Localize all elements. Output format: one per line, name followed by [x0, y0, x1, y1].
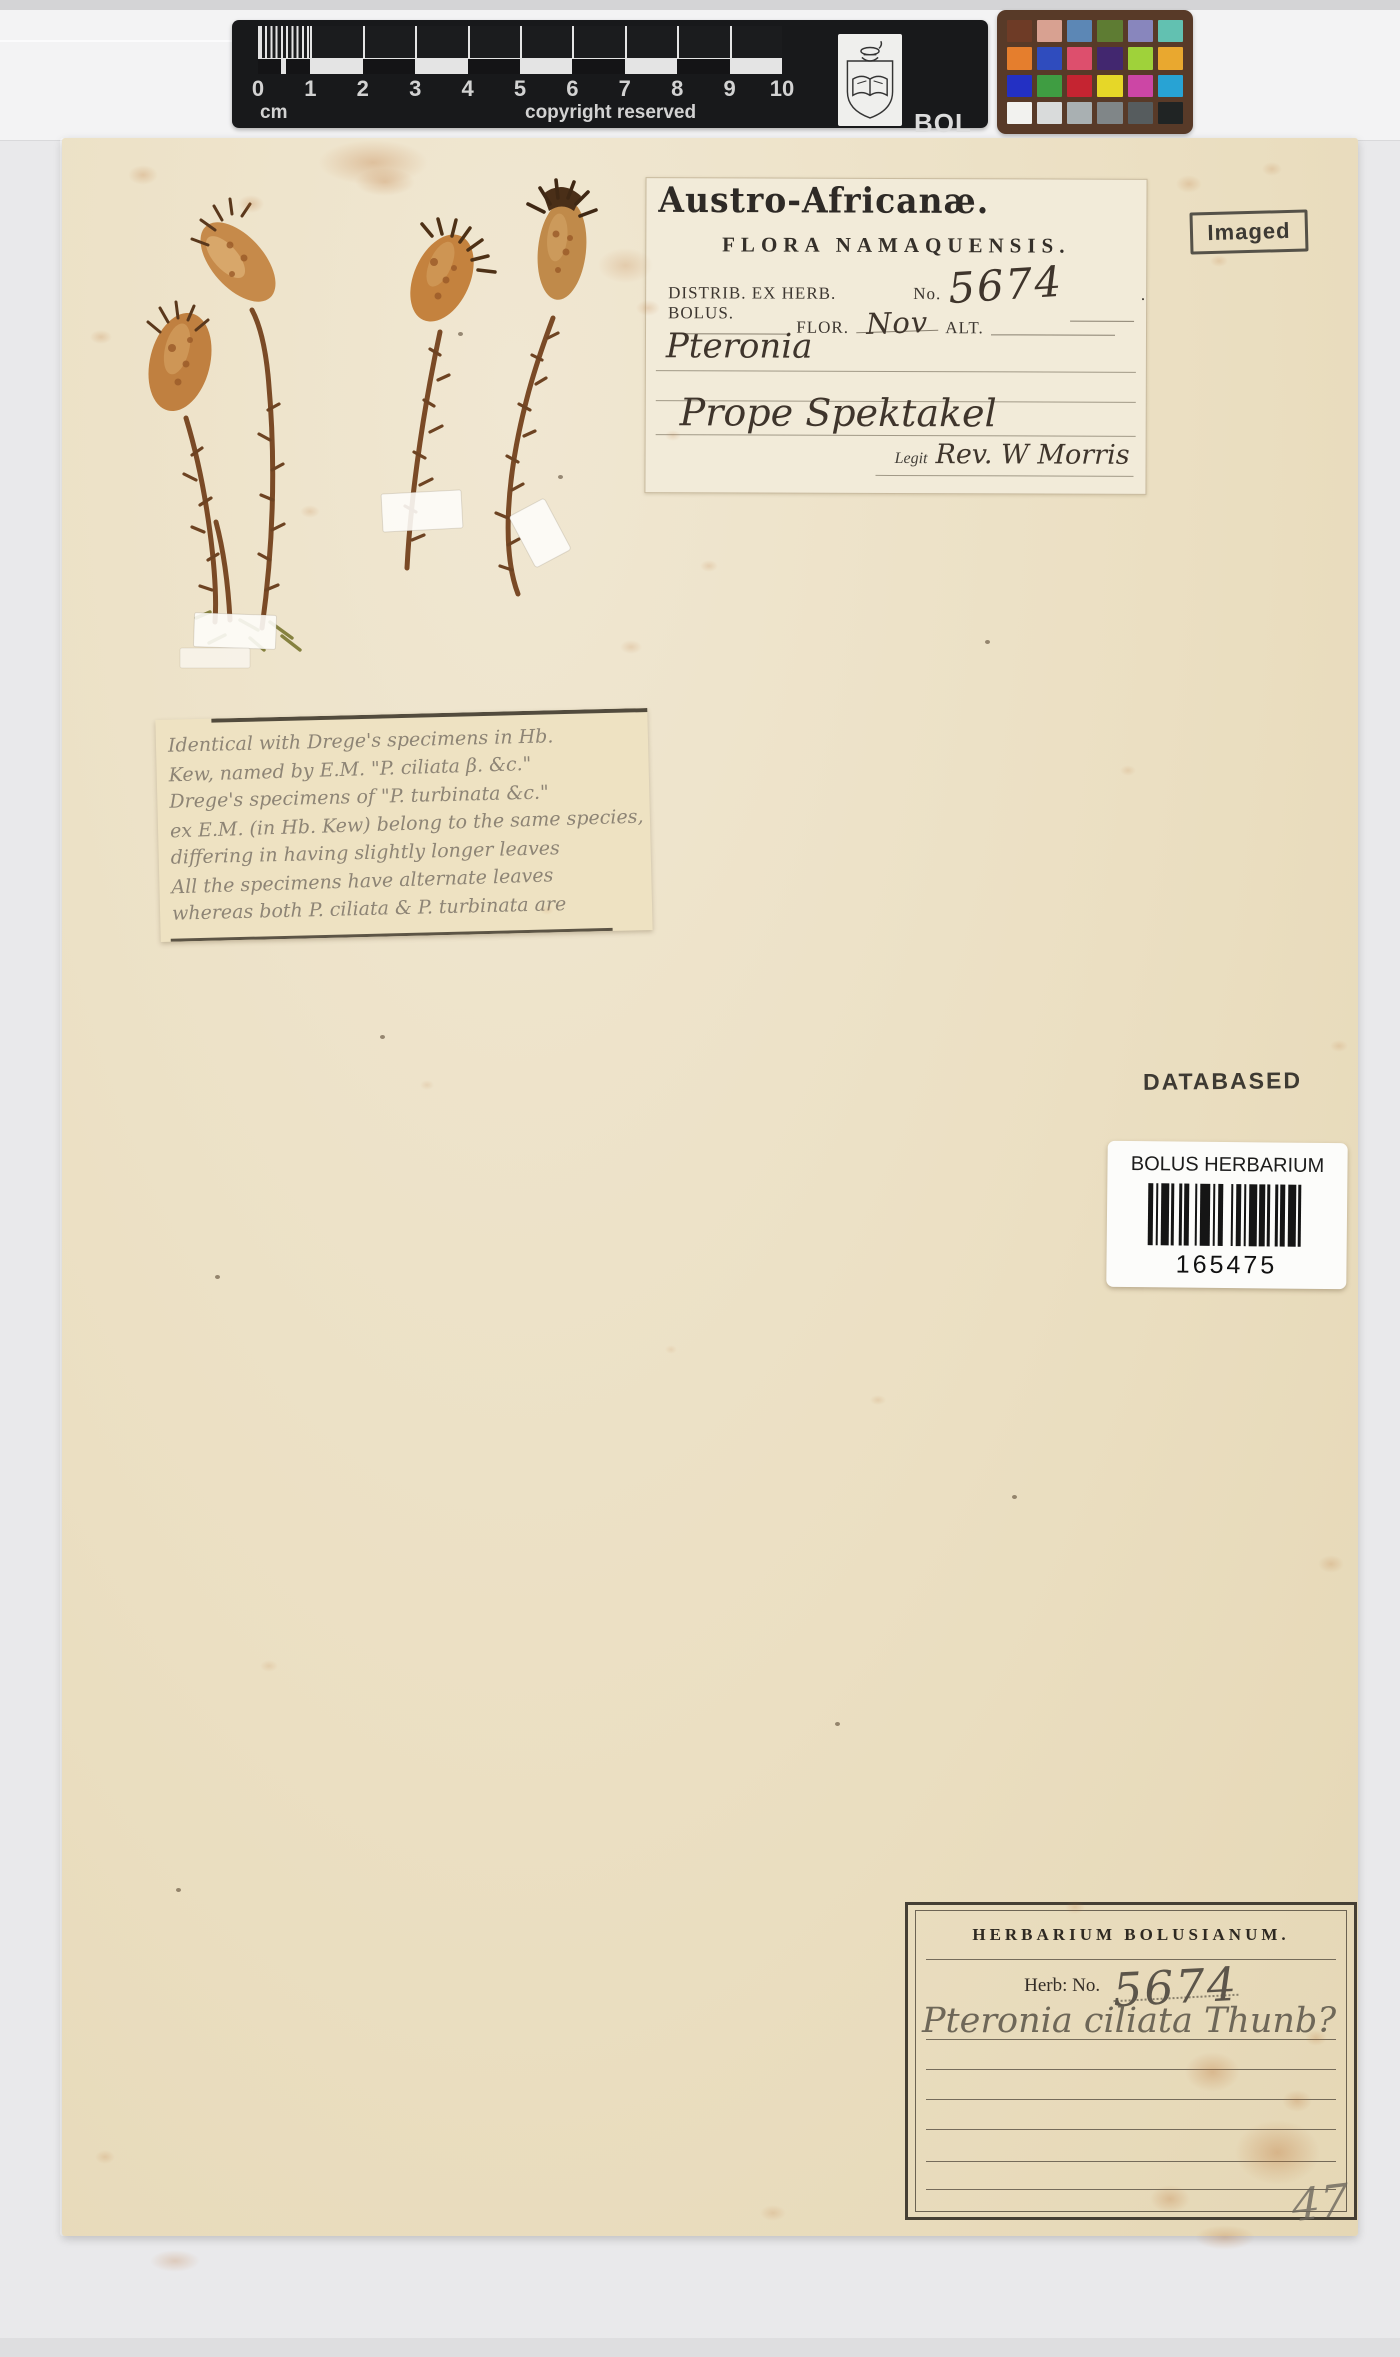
ruled-line [926, 2069, 1336, 2070]
alt-label: ALT. [945, 318, 984, 338]
scale-half-cell [363, 59, 415, 74]
color-patch [1067, 47, 1092, 69]
accession-title: HERBARIUM BOLUSIANUM. [916, 1925, 1346, 1945]
color-patch [1007, 20, 1032, 42]
color-patch [1128, 75, 1153, 97]
color-patch [1037, 75, 1062, 97]
herb-number-handwritten: 5674 [1112, 1974, 1238, 2003]
ruled-line [656, 370, 1136, 373]
color-patch [1037, 47, 1062, 69]
copyright-label: copyright reserved [525, 102, 696, 124]
flora-title: FLORA NAMAQUENSIS. [646, 232, 1146, 259]
accession-label-inner-frame: HERBARIUM BOLUSIANUM. Herb: No. 5674 Pte… [915, 1910, 1347, 2212]
ruler-tick: 3 [409, 76, 421, 102]
color-checker-grid [1007, 20, 1183, 124]
color-patch [1128, 102, 1153, 124]
scale-cm-cell [363, 26, 415, 58]
genus-handwritten: Pteronia [666, 326, 813, 367]
herb-no-label: Herb: No. [1024, 1975, 1100, 1996]
color-patch [1158, 47, 1183, 69]
scale-numbers: 012345678910 [258, 76, 782, 102]
sheet-corner-number: 47 [1292, 2174, 1348, 2232]
scale-cm-cell [415, 26, 467, 58]
databased-stamp: DATABASED [1143, 1067, 1302, 1096]
scale-half-cell [310, 59, 362, 74]
color-patch [1067, 102, 1092, 124]
ruler-tick: 1 [304, 76, 316, 102]
annotation-note: Identical with Drege's specimens in Hb.K… [155, 708, 652, 942]
ruled-line [926, 2189, 1336, 2190]
scale-ticks-strip [258, 26, 782, 74]
color-patch [1007, 102, 1032, 124]
ruled-line [926, 2099, 1336, 2100]
flowering-month-handwritten: Nov [856, 316, 939, 334]
color-patch [1067, 20, 1092, 42]
barcode-institution: BOLUS HERBARIUM [1131, 1153, 1325, 1178]
scale-cm-cell [310, 26, 362, 58]
scale-unit-label: cm [260, 102, 287, 124]
color-patch [1128, 20, 1153, 42]
scale-cm-cell [258, 26, 310, 58]
color-patch [1037, 102, 1062, 124]
institution-code: BOL [914, 108, 972, 139]
legit-label: Legit [895, 450, 928, 468]
color-patch [1128, 47, 1153, 69]
ruled-line [926, 2039, 1336, 2040]
color-patch [1158, 102, 1183, 124]
flora-namaquensis-label: Austro-Africanæ. FLORA NAMAQUENSIS. DIST… [644, 177, 1147, 495]
color-checker-card [997, 10, 1193, 134]
no-label: No. [913, 284, 941, 304]
flower-head [398, 225, 487, 332]
color-patch [1097, 75, 1122, 97]
series-title: Austro-Africanæ. [658, 179, 989, 221]
scale-half-cell [258, 59, 310, 74]
scale-cm-cell [468, 26, 520, 58]
annotation-note-text: Identical with Drege's specimens in Hb.K… [168, 720, 641, 927]
determination-handwritten: Pteronia ciliata Thunb? [922, 2001, 1340, 2041]
ruled-line [926, 1959, 1336, 1960]
board-seam [0, 40, 232, 42]
ruler-tick: 8 [671, 76, 683, 102]
period: . [1141, 285, 1146, 305]
flower-head [187, 209, 290, 315]
ruler-tick: 2 [357, 76, 369, 102]
ruler-tick: 5 [514, 76, 526, 102]
ruled-line [926, 2161, 1336, 2162]
color-patch [1158, 75, 1183, 97]
color-patch [1097, 102, 1122, 124]
ruler-tick: 6 [566, 76, 578, 102]
barcode [1148, 1183, 1307, 1247]
herbarium-bolusianum-label: HERBARIUM BOLUSIANUM. Herb: No. 5674 Pte… [905, 1902, 1357, 2220]
scale-cm-cell [677, 26, 729, 58]
color-patch [1158, 20, 1183, 42]
imaged-stamp: Imaged [1189, 209, 1308, 254]
barcode-bar [1199, 1184, 1210, 1246]
scale-half-cell [625, 59, 677, 74]
ruler-tick: 4 [461, 76, 473, 102]
ruler-tick: 7 [619, 76, 631, 102]
collector-line: Legit Rev. W Morris [895, 439, 1130, 471]
specimen-leaves [184, 333, 558, 590]
collector-handwritten: Rev. W Morris [935, 439, 1129, 471]
scale-half-cell [520, 59, 572, 74]
uct-crest-logo [838, 34, 902, 126]
stain [150, 2250, 200, 2272]
scale-half-cell [468, 59, 520, 74]
color-patch [1097, 47, 1122, 69]
scale-half-cell [415, 59, 467, 74]
scale-bar: 012345678910 cm copyright reserved BOL [232, 20, 988, 128]
collection-number-handwritten: 5674 [948, 272, 1064, 300]
photo-top-band [0, 0, 1400, 10]
scale-cm-cell [625, 26, 677, 58]
herbarium-specimen-photo: 012345678910 cm copyright reserved BOL [0, 0, 1400, 2357]
plant-specimens [120, 150, 660, 670]
ruler-tick: 10 [770, 76, 794, 102]
herb-number-line: Herb: No. 5674 [916, 1975, 1346, 1999]
ruler-tick: 0 [252, 76, 264, 102]
color-patch [1067, 75, 1092, 97]
blank-underline [991, 332, 1115, 335]
imaged-stamp-text: Imaged [1207, 218, 1291, 246]
ruled-line [926, 2129, 1336, 2130]
scale-cm-cell [730, 26, 782, 58]
color-patch [1037, 20, 1062, 42]
scale-cm-cell [520, 26, 572, 58]
ruled-line [656, 434, 1136, 437]
color-patch [1007, 75, 1032, 97]
photo-bottom-band [0, 2338, 1400, 2357]
scale-cm-cell [572, 26, 624, 58]
scale-half-cell [677, 59, 729, 74]
barcode-bar [1301, 1185, 1307, 1247]
scale-half-cell [572, 59, 624, 74]
scale-half-cell [730, 59, 782, 74]
specimen-stems [186, 310, 553, 628]
color-patch [1097, 20, 1122, 42]
locality-handwritten: Prope Spektakel [680, 390, 997, 435]
barcode-number: 165475 [1176, 1250, 1278, 1280]
color-patch [1007, 47, 1032, 69]
ruled-line [876, 475, 1134, 477]
barcode-label: BOLUS HERBARIUM 165475 [1106, 1141, 1348, 1290]
ruler-tick: 9 [723, 76, 735, 102]
